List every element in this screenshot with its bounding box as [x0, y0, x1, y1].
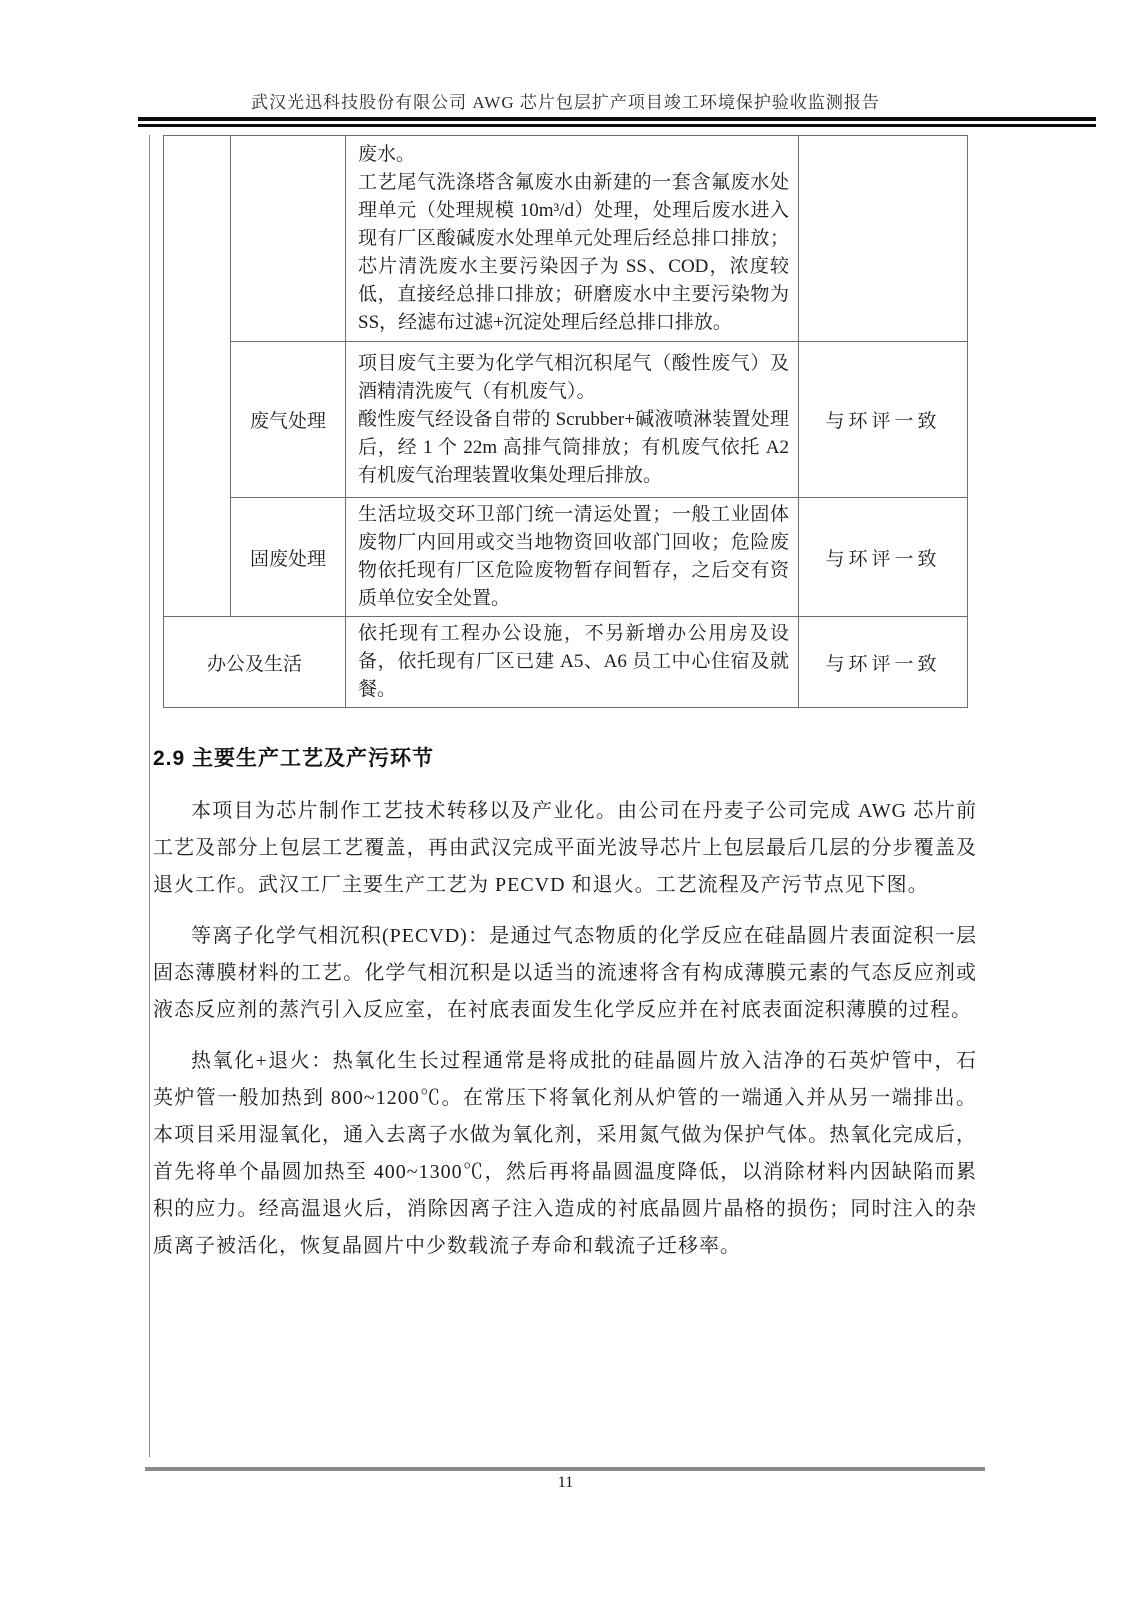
office-life-label-cell: 办公及生活	[164, 617, 346, 708]
solid-waste-content-cell: 生活垃圾交环卫部门统一清运处置；一般工业固体废物厂内回用或交当地物资回收部门回收…	[346, 498, 799, 617]
footer-rule	[145, 1467, 985, 1471]
wastewater-content-cell: 废水。 工艺尾气洗涤塔含氟废水由新建的一套含氟废水处理单元（处理规模 10m³/…	[346, 136, 799, 342]
environmental-measures-table: 废水。 工艺尾气洗涤塔含氟废水由新建的一套含氟废水处理单元（处理规模 10m³/…	[163, 135, 968, 708]
waste-gas-content-cell: 项目废气主要为化学气相沉积尾气（酸性废气）及酒精清洗废气（有机废气）。 酸性废气…	[346, 342, 799, 498]
paragraph-pecvd: 等离子化学气相沉积(PECVD)：是通过气态物质的化学反应在硅晶圆片表面淀积一层…	[153, 918, 977, 1029]
office-life-content-cell: 依托现有工程办公设施，不另新增办公用房及设备，依托现有厂区已建 A5、A6 员工…	[346, 617, 799, 708]
paragraph-overview: 本项目为芯片制作工艺技术转移以及产业化。由公司在丹麦子公司完成 AWG 芯片前工…	[153, 793, 977, 904]
page-header-title: 武汉光迅科技股份有限公司 AWG 芯片包层扩产项目竣工环境保护验收监测报告	[0, 88, 1131, 113]
section-2-9: 2.9 主要生产工艺及产污环节 本项目为芯片制作工艺技术转移以及产业化。由公司在…	[153, 743, 977, 1279]
solid-waste-comparison-cell: 与环评一致	[799, 498, 968, 617]
header-double-rule	[138, 117, 1096, 127]
wastewater-comparison-cell	[799, 136, 968, 342]
document-page: 武汉光迅科技股份有限公司 AWG 芯片包层扩产项目竣工环境保护验收监测报告 废水…	[0, 0, 1131, 1600]
table-row-waste-gas: 废气处理 项目废气主要为化学气相沉积尾气（酸性废气）及酒精清洗废气（有机废气）。…	[164, 342, 968, 498]
wastewater-label-cell	[231, 136, 346, 342]
section-heading: 2.9 主要生产工艺及产污环节	[153, 743, 977, 775]
left-margin-line	[149, 135, 150, 1457]
office-life-comparison-cell: 与环评一致	[799, 617, 968, 708]
table-row-office-life: 办公及生活 依托现有工程办公设施，不另新增办公用房及设备，依托现有厂区已建 A5…	[164, 617, 968, 708]
waste-gas-label-cell: 废气处理	[231, 342, 346, 498]
table-row-wastewater: 废水。 工艺尾气洗涤塔含氟废水由新建的一套含氟废水处理单元（处理规模 10m³/…	[164, 136, 968, 342]
solid-waste-label-cell: 固废处理	[231, 498, 346, 617]
merged-empty-cell	[164, 136, 231, 617]
waste-gas-comparison-cell: 与环评一致	[799, 342, 968, 498]
table-row-solid-waste: 固废处理 生活垃圾交环卫部门统一清运处置；一般工业固体废物厂内回用或交当地物资回…	[164, 498, 968, 617]
paragraph-thermal-oxidation-anneal: 热氧化+退火：热氧化生长过程通常是将成批的硅晶圆片放入洁净的石英炉管中，石英炉管…	[153, 1043, 977, 1265]
page-number: 11	[0, 1474, 1131, 1492]
